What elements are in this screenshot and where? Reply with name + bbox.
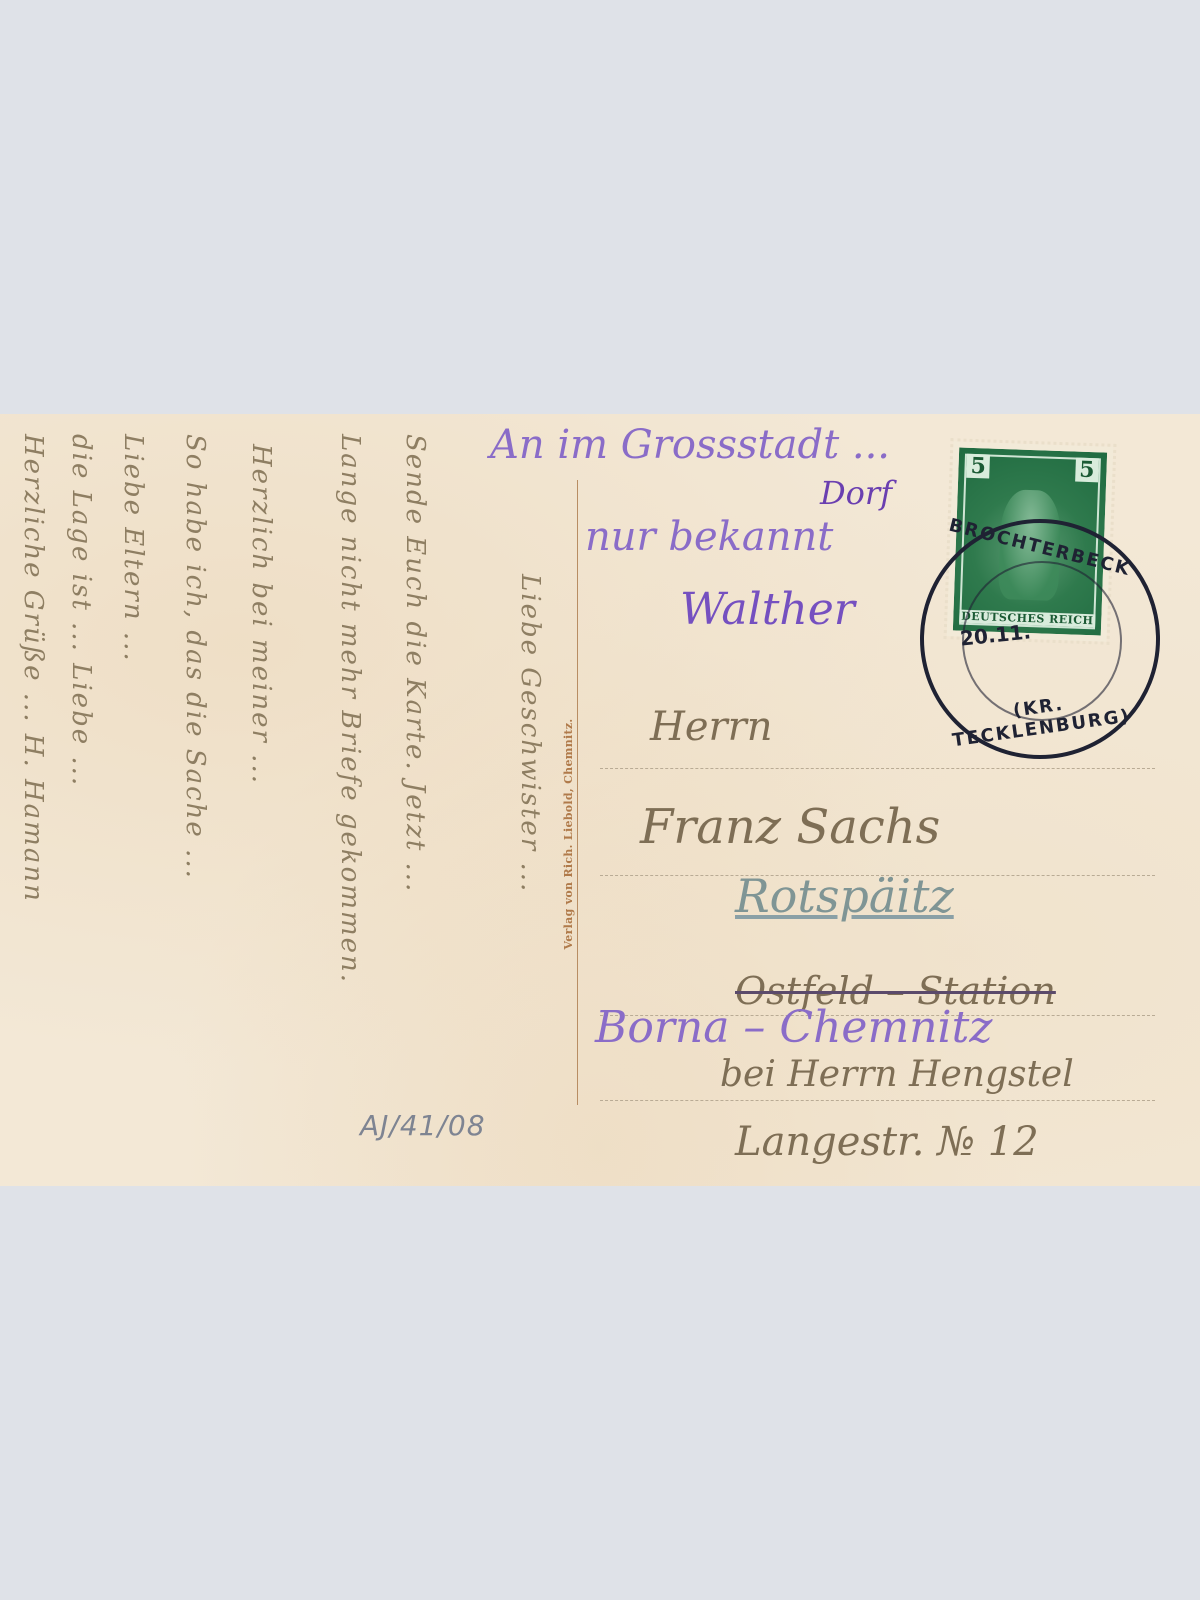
message-line: Liebe Eltern ... — [118, 434, 148, 663]
stamp-value: 5 — [1075, 458, 1099, 483]
purple-note-line: Dorf — [820, 474, 892, 512]
message-line: So habe ich, das die Sache ... — [180, 434, 210, 880]
postmark: BROCHTERBECK 20.11. (KR. TECKLENBURG) — [920, 519, 1160, 759]
address-rule — [600, 768, 1155, 769]
message-line: Lange nicht mehr Briefe gekommen. — [335, 434, 365, 984]
postcard: Herzliche Grüße ... H. Hamann die Lage i… — [0, 414, 1200, 1186]
address-rule — [600, 1100, 1155, 1101]
purple-note-line: nur bekannt — [585, 514, 833, 560]
address-street: Langestr. № 12 — [735, 1119, 1039, 1165]
publisher-imprint: Verlag von Rich. Liebold, Chemnitz. — [562, 718, 575, 949]
stamp-value: 5 — [966, 454, 990, 479]
message-line: Herzlich bei meiner ... — [246, 444, 276, 785]
message-line: die Lage ist ... Liebe ... — [66, 434, 96, 787]
purple-note-line: An im Grossstadt ... — [490, 422, 890, 468]
message-line: Liebe Geschwister ... — [515, 574, 545, 893]
address-forwarding-town: Borna – Chemnitz — [595, 1002, 992, 1053]
address-name: Franz Sachs — [640, 799, 940, 855]
card-divider — [577, 480, 578, 1105]
archive-number: AJ/41/08 — [360, 1109, 486, 1142]
message-line: Sende Euch die Karte. Jetzt ... — [400, 434, 430, 893]
address-pencil-town: Rotspäitz — [735, 869, 954, 923]
message-line: Herzliche Grüße ... H. Hamann — [18, 434, 48, 903]
purple-note-line: Walther — [680, 584, 855, 635]
address-salutation: Herrn — [650, 704, 773, 750]
address-care-of: bei Herrn Hengstel — [720, 1054, 1074, 1095]
